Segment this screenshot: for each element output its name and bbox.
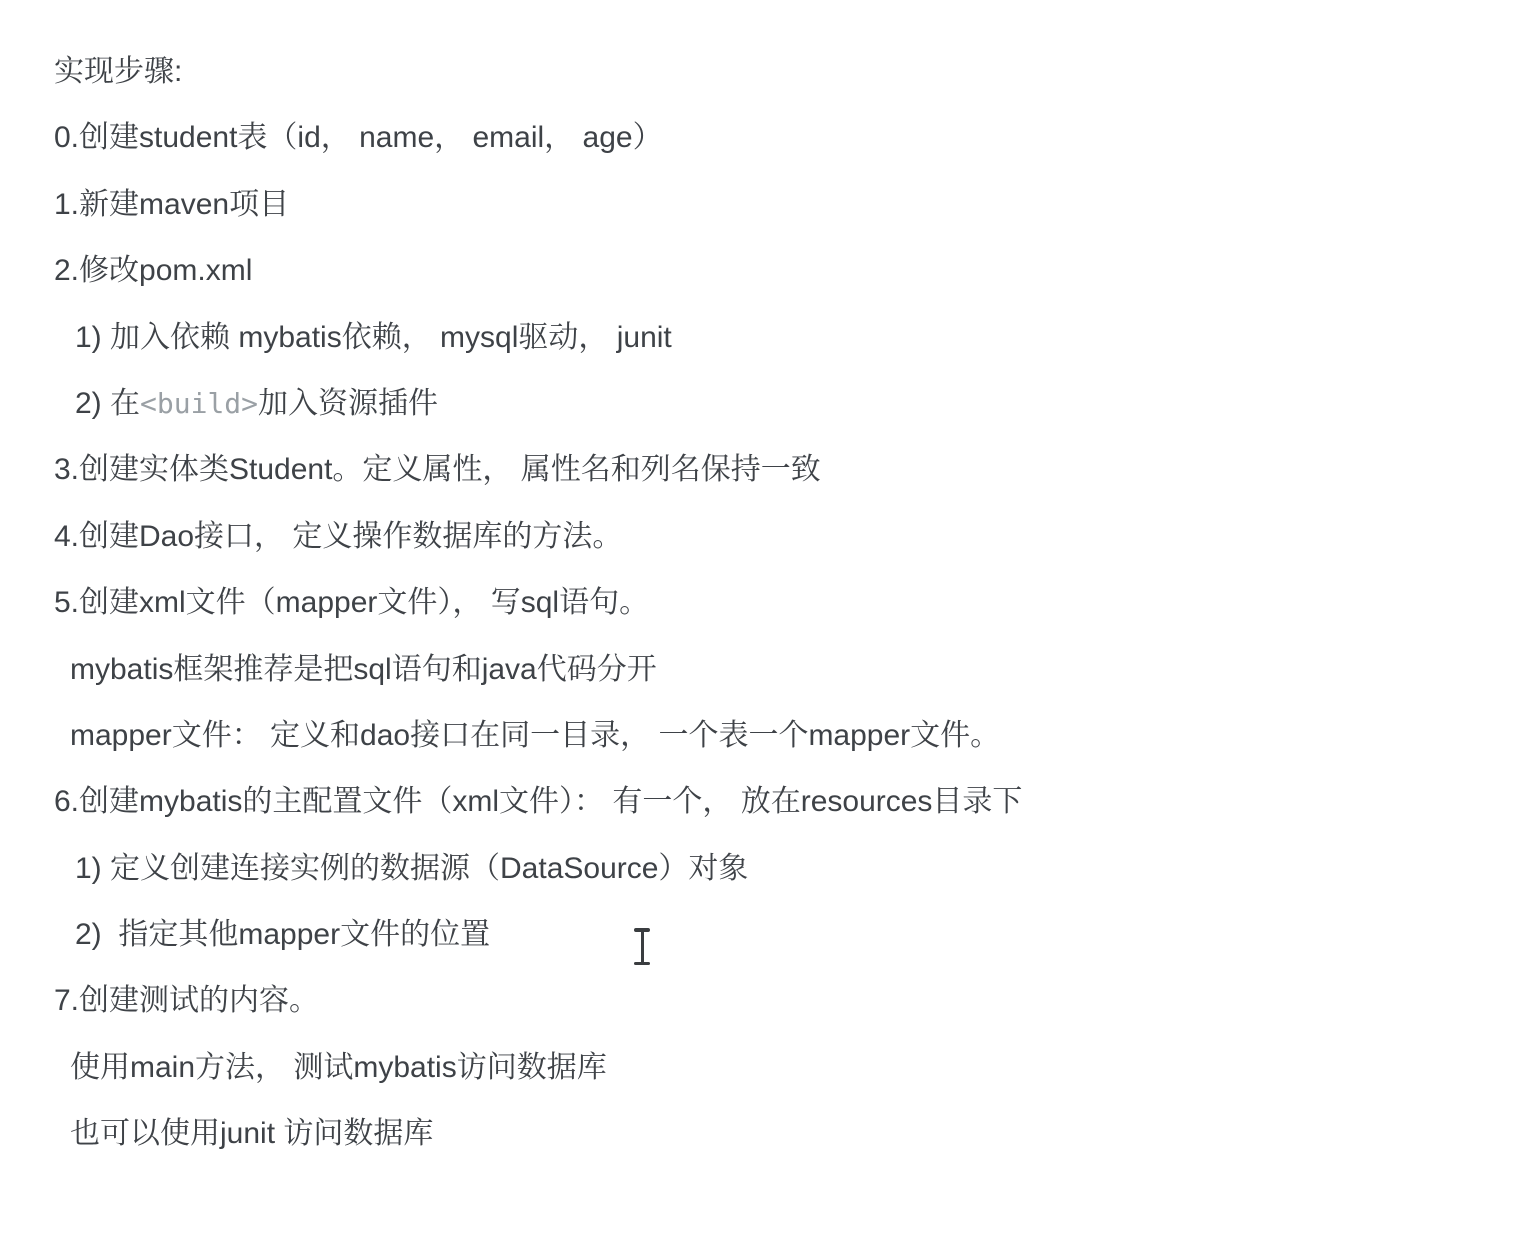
text-segment: 3.创建实体类Student。定义属性， 属性名和列名保持一致 [54,453,821,486]
document-line: 2.修改pom.xml [0,238,1527,304]
text-segment: 1) 定义创建连接实例的数据源（DataSource）对象 [75,852,748,885]
document-line: 5.创建xml文件（mapper文件）， 写sql语句。 [0,570,1527,636]
ibeam-stem [641,930,644,963]
text-segment: 0.创建student表（id， name， email， age） [54,121,663,154]
document-line: 也可以使用junit 访问数据库 [0,1101,1527,1167]
text-segment: 7.创建测试的内容。 [54,984,319,1017]
document-line: 1.新建maven项目 [0,172,1527,238]
text-segment: 2.修改pom.xml [54,254,252,287]
document-line: 2) 在<build>加入资源插件 [0,371,1527,437]
ibeam-bottom-serif [634,962,650,966]
document-line: 2) 指定其他mapper文件的位置 [0,902,1527,968]
text-segment: 实现步骤: [54,55,182,88]
document-line: 7.创建测试的内容。 [0,968,1527,1034]
document-page: { "page": { "background": "#ffffff", "te… [0,0,1527,1234]
document-content[interactable]: 实现步骤:0.创建student表（id， name， email， age）1… [0,0,1527,1168]
text-segment: 6.创建mybatis的主配置文件（xml文件）： 有一个， 放在resourc… [54,785,1022,818]
text-segment: 5.创建xml文件（mapper文件）， 写sql语句。 [54,586,649,619]
text-segment: 1.新建maven项目 [54,188,289,221]
text-segment: mybatis框架推荐是把sql语句和java代码分开 [70,653,657,686]
document-line: 1) 加入依赖 mybatis依赖， mysql驱动， junit [0,305,1527,371]
text-segment: mapper文件： 定义和dao接口在同一目录， 一个表一个mapper文件。 [70,719,1000,752]
text-segment: 加入资源插件 [258,387,438,420]
document-line: 实现步骤: [0,39,1527,105]
document-line: 3.创建实体类Student。定义属性， 属性名和列名保持一致 [0,437,1527,503]
document-line: mapper文件： 定义和dao接口在同一目录， 一个表一个mapper文件。 [0,703,1527,769]
document-line: 1) 定义创建连接实例的数据源（DataSource）对象 [0,836,1527,902]
text-segment: 也可以使用junit 访问数据库 [70,1117,433,1150]
text-segment: 2) 指定其他mapper文件的位置 [75,918,490,951]
document-line: 6.创建mybatis的主配置文件（xml文件）： 有一个， 放在resourc… [0,769,1527,835]
text-segment: 4.创建Dao接口， 定义操作数据库的方法。 [54,520,622,553]
document-line: 0.创建student表（id， name， email， age） [0,105,1527,171]
i-beam-text-cursor-icon [633,928,651,965]
text-segment: 1) 加入依赖 mybatis依赖， mysql驱动， junit [75,321,672,354]
text-segment: 使用main方法， 测试mybatis访问数据库 [70,1051,607,1084]
document-line: 4.创建Dao接口， 定义操作数据库的方法。 [0,504,1527,570]
document-line: mybatis框架推荐是把sql语句和java代码分开 [0,637,1527,703]
document-line: 使用main方法， 测试mybatis访问数据库 [0,1035,1527,1101]
text-segment: 2) 在 [75,387,140,420]
inline-code: <build> [140,387,258,420]
